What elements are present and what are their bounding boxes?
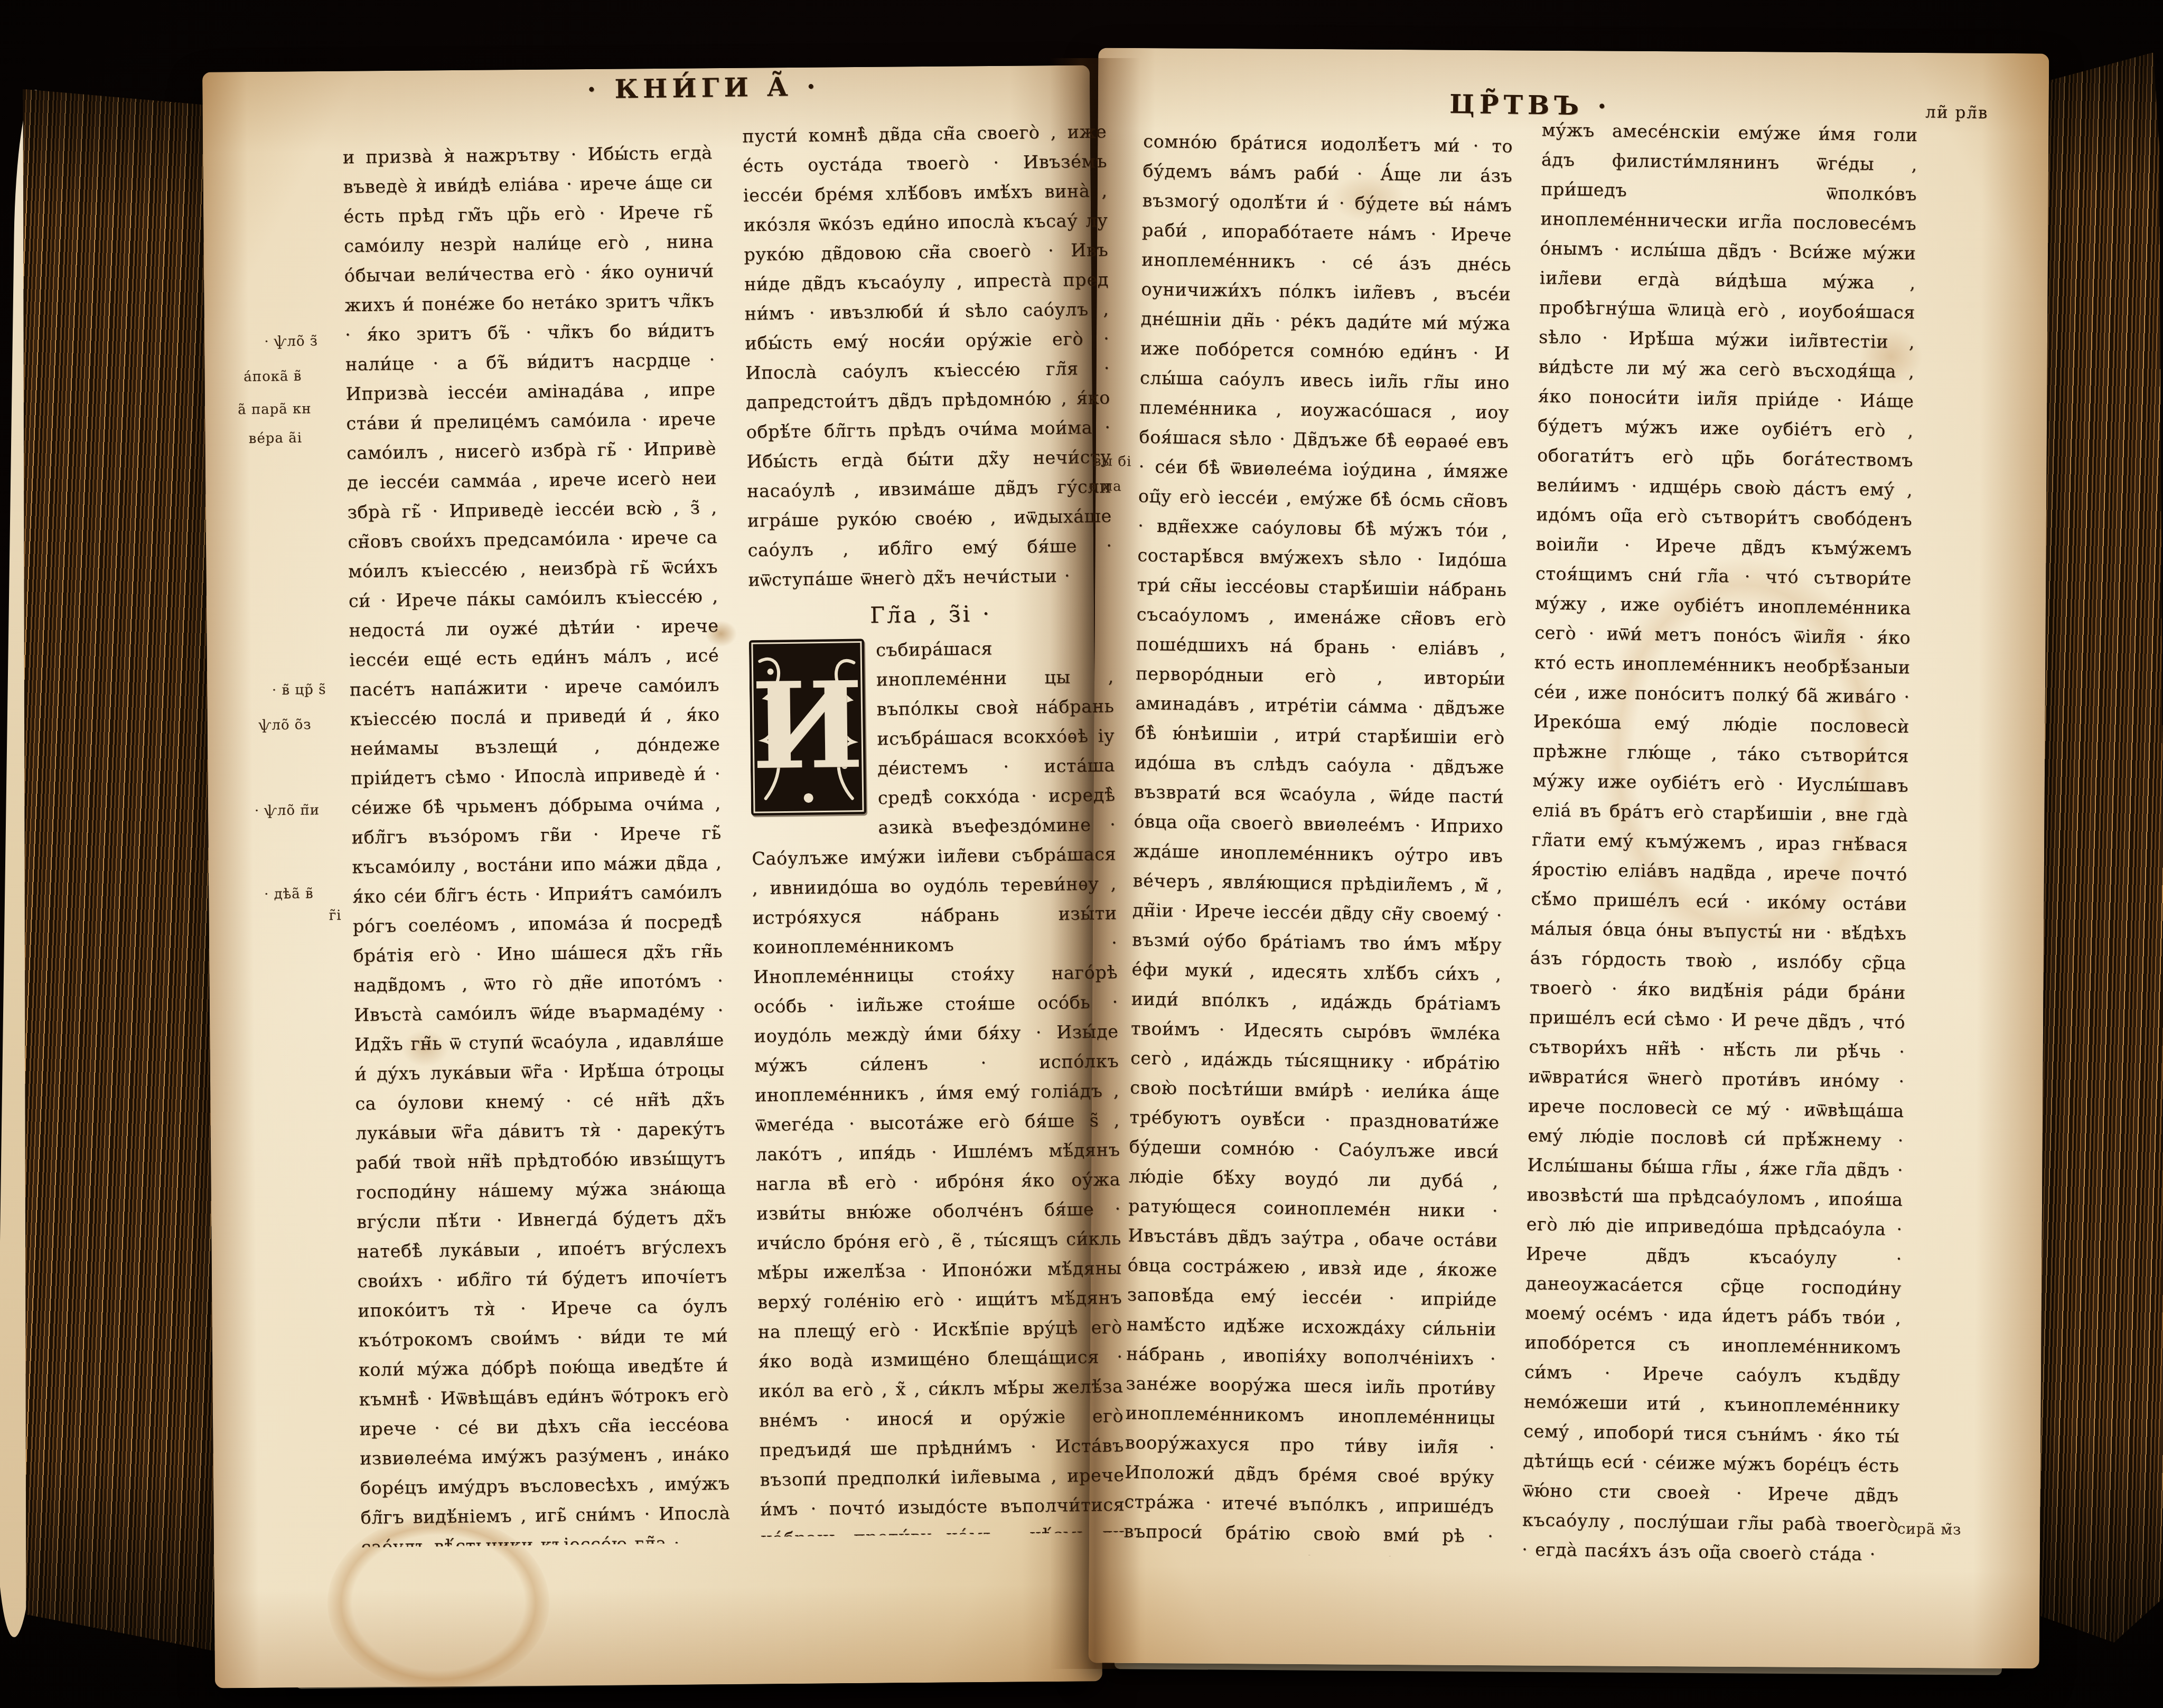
drop-cap-letter: И	[749, 656, 866, 795]
margin-note-psalm: · ѱло̃ з̃	[264, 333, 318, 350]
text-column-left-2: пусти́ комнѣ̀ дв̃да сн̃а своего̀ , иже е…	[742, 117, 1125, 1537]
margin-note-psalm: · ѱло̃ п̃и	[255, 802, 320, 819]
right-page-content: ЦР̃ТВЪ · ли̃ рл̃в сомно́ю бра́тися иодол…	[0, 0, 2163, 15]
folio-number: ли̃ рл̃в	[1925, 102, 1989, 123]
column-text: и призва̀ я̀ нажрътву · Ибы́сть егда̀ въ…	[342, 138, 731, 1547]
margin-note-gutter: вы бі	[1093, 453, 1132, 470]
margin-note-gutter: ѳ ма	[1089, 478, 1122, 494]
column-text: И събира́шася иноплеме́нни цы , въпо́лкы…	[749, 632, 1125, 1537]
column-text: пусти́ комнѣ̀ дв̃да сн̃а своего̀ , иже е…	[742, 117, 1113, 595]
margin-note-acts: · дѣа̃ в̃	[264, 886, 314, 902]
margin-note-kings: · в̃ цр̃ ѕ̃	[272, 682, 326, 698]
margin-note-psalm: ѱло̃ о̃з	[259, 717, 312, 733]
ornate-initial-block: И	[749, 639, 866, 815]
margin-note-paralipomenon: а̃ пара̃ кн	[238, 401, 312, 418]
running-title-left: · КНИ́ГИ А̃ ·	[535, 70, 873, 105]
margin-note-verse: ве́ра а̃і	[249, 430, 303, 446]
column-text: му́жъ амесе́нскіи ему́же и́мя голи а́дъ …	[1522, 115, 1918, 1570]
chapter-heading: Гл̃а , з̃і ·	[748, 597, 1113, 632]
text-column-left-1: и призва̀ я̀ нажрътву · Ибы́сть егда̀ въ…	[342, 138, 731, 1547]
book-photograph: · КНИ́ГИ А̃ · и призва̀ я̀ нажрътву · Иб…	[0, 0, 2163, 1708]
column-text: сомно́ю бра́тися иодолѣ́етъ ми́ · то бу́…	[1123, 127, 1513, 1558]
margin-note-apocalypse: а́пока̃ в̃	[244, 368, 302, 384]
margin-note-sirach: · сира̃ м̃з	[1887, 1521, 1962, 1538]
text-column-right-1: сомно́ю бра́тися иодолѣ́етъ ми́ · то бу́…	[1123, 127, 1513, 1558]
left-page-content: · КНИ́ГИ А̃ · и призва̀ я̀ нажрътву · Иб…	[0, 0, 2163, 14]
margin-note-verse: г̃і	[329, 907, 341, 923]
text-column-right-2: му́жъ амесе́нскіи ему́же и́мя голи а́дъ …	[1522, 115, 1918, 1572]
